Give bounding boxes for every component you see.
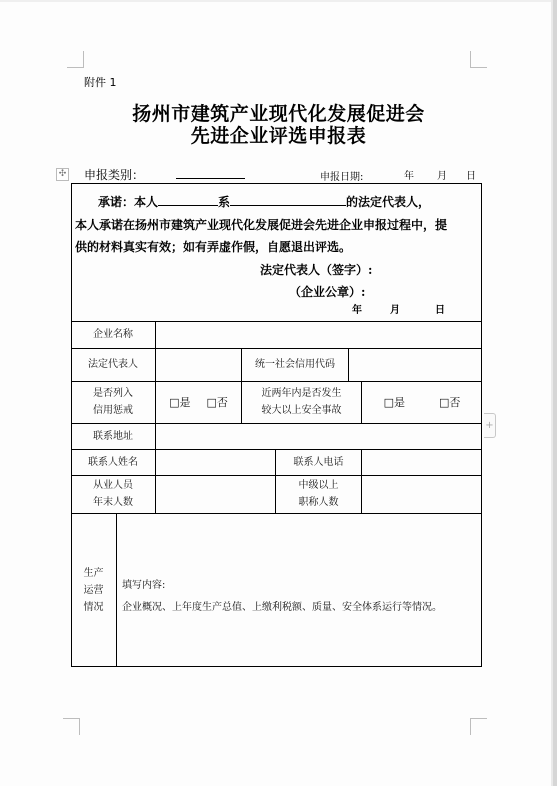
date-day: 日 (466, 167, 476, 182)
company-blank[interactable] (230, 193, 346, 206)
label-accident: 近两年内是否发生 较大以上安全事故 (242, 381, 361, 423)
label-staff-l1: 从业人员 (93, 477, 133, 494)
window-top-edge (0, 0, 557, 2)
checkbox-credit-penalty-no[interactable]: □否 (207, 394, 228, 411)
label-accident-l1: 近两年内是否发生 (262, 385, 342, 402)
label-company-name: 企业名称 (71, 321, 155, 348)
promise-month: 月 (390, 301, 400, 316)
label-contact-phone: 联系人电话 (276, 449, 361, 475)
table-move-handle-icon[interactable]: ✣ (56, 168, 69, 181)
label-senior-l2: 职称人数 (299, 494, 339, 511)
ops-hint-title: 填写内容: (122, 576, 165, 591)
label-credit-penalty-l2: 信用惩戒 (93, 402, 133, 419)
margin-corner-top-right (470, 51, 487, 68)
date-month: 月 (437, 167, 447, 182)
label-contact-name: 联系人姓名 (71, 449, 155, 475)
add-row-button[interactable]: + (484, 413, 496, 438)
promise-line1: 承诺：本人系的法定代表人， (98, 193, 430, 210)
promise-suffix: 的法定代表人， (346, 195, 430, 209)
margin-corner-bottom-right (470, 718, 487, 735)
checkbox-accident-no[interactable]: □否 (439, 394, 460, 411)
label-accident-l2: 较大以上安全事故 (262, 402, 342, 419)
label-senior-l1: 中级以上 (299, 477, 339, 494)
category-blank[interactable] (176, 178, 245, 179)
promise-mid: 系 (218, 195, 230, 209)
seal-label: （企业公章）: (289, 283, 365, 300)
label-senior-count: 中级以上 职称人数 (276, 475, 361, 513)
label-operations: 生产 运营 情况 (71, 513, 116, 667)
label-staff-l2: 年末人数 (93, 494, 133, 511)
promise-line3: 供的材料真实有效；如有弄虚作假，自愿退出评选。 (75, 238, 351, 255)
attachment-label: 附件 1 (84, 74, 117, 90)
accident-options: □是 □否 (362, 381, 482, 423)
signature-label: 法定代表人（签字）: (260, 261, 372, 278)
label-ops-l3: 情况 (84, 599, 104, 616)
input-operations[interactable] (117, 513, 482, 667)
promise-prefix: 承诺：本人 (98, 195, 158, 209)
credit-penalty-options: □是 □否 (156, 381, 241, 423)
input-contact-name[interactable] (156, 449, 275, 475)
input-legal-rep[interactable] (156, 348, 241, 381)
label-address: 联系地址 (71, 423, 155, 449)
input-company-name[interactable] (156, 321, 482, 348)
label-credit-penalty-l1: 是否列入 (93, 385, 133, 402)
input-contact-phone[interactable] (362, 449, 482, 475)
label-legal-rep: 法定代表人 (71, 348, 155, 381)
promise-line2: 本人承诺在扬州市建筑产业现代化发展促进会先进企业申报过程中，提 (75, 216, 447, 233)
promise-day: 日 (435, 301, 445, 316)
checkbox-credit-penalty-yes[interactable]: □是 (169, 394, 190, 411)
input-credit-code[interactable] (349, 348, 482, 381)
category-label: 申报类别： (84, 166, 144, 183)
checkbox-accident-yes[interactable]: □是 (384, 394, 405, 411)
label-ops-l1: 生产 (84, 565, 104, 582)
margin-corner-top-left (67, 51, 84, 68)
label-credit-code: 统一社会信用代码 (242, 348, 348, 381)
name-blank[interactable] (158, 193, 218, 206)
label-credit-penalty: 是否列入 信用惩戒 (71, 381, 155, 423)
input-staff-count[interactable] (156, 475, 275, 513)
label-staff-count: 从业人员 年末人数 (71, 475, 155, 513)
date-year: 年 (404, 167, 414, 182)
input-address[interactable] (156, 423, 482, 449)
label-ops-l2: 运营 (84, 582, 104, 599)
margin-corner-bottom-left (63, 718, 80, 735)
promise-year: 年 (352, 301, 362, 316)
ops-hint-body: 企业概况、上年度生产总值、上缴利税额、质量、安全体系运行等情况。 (122, 598, 442, 613)
input-senior-count[interactable] (362, 475, 482, 513)
doc-title-line2: 先进企业评选申报表 (0, 121, 557, 148)
date-label: 申报日期: (320, 168, 363, 183)
